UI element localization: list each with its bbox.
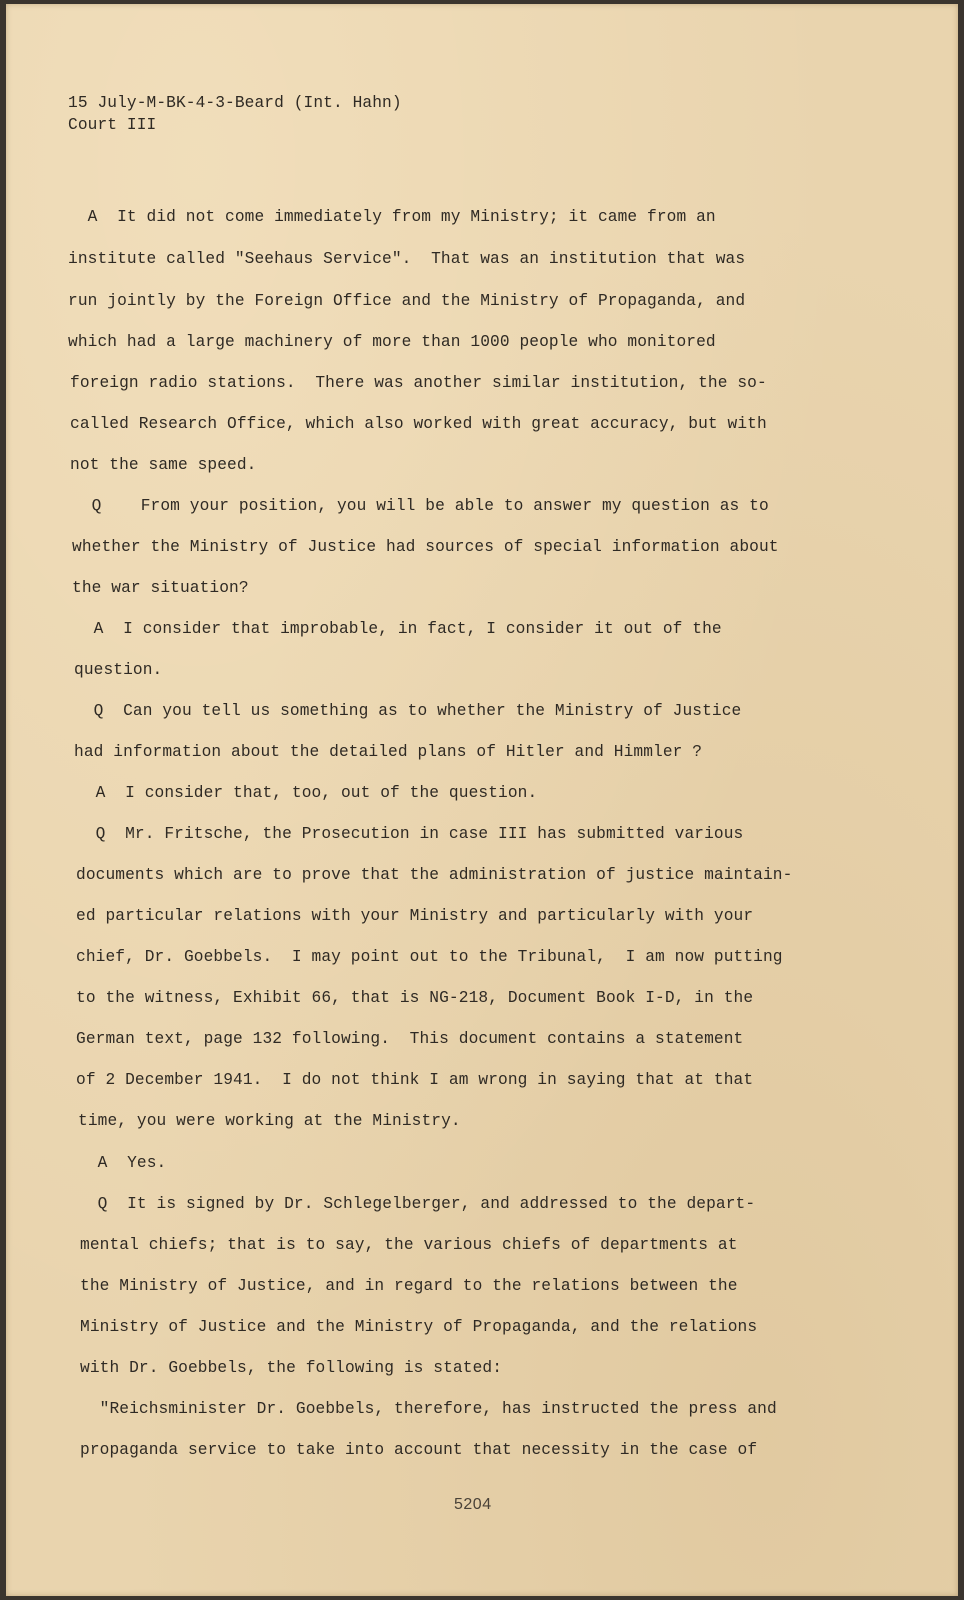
header-court: Court III bbox=[68, 116, 156, 134]
transcript-line: A It did not come immediately from my Mi… bbox=[68, 208, 716, 226]
transcript-line: question. bbox=[74, 661, 162, 679]
transcript-line: to the witness, Exhibit 66, that is NG-2… bbox=[76, 989, 753, 1007]
transcript-line: Ministry of Justice and the Ministry of … bbox=[80, 1318, 757, 1336]
transcript-line: "Reichsminister Dr. Goebbels, therefore,… bbox=[80, 1400, 777, 1418]
transcript-line: the Ministry of Justice, and in regard t… bbox=[80, 1277, 738, 1295]
transcript-line: called Research Office, which also worke… bbox=[70, 415, 767, 433]
transcript-line: A I consider that improbable, in fact, I… bbox=[74, 620, 722, 638]
transcript-line: which had a large machinery of more than… bbox=[68, 333, 716, 351]
transcript-line: Q From your position, you will be able t… bbox=[72, 497, 769, 515]
transcript-line: of 2 December 1941. I do not think I am … bbox=[76, 1071, 753, 1089]
document-page: 15 July-M-BK-4-3-Beard (Int. Hahn) Court… bbox=[6, 4, 958, 1596]
header-reference: 15 July-M-BK-4-3-Beard (Int. Hahn) bbox=[68, 94, 402, 112]
transcript-line: had information about the detailed plans… bbox=[74, 743, 702, 761]
transcript-line: German text, page 132 following. This do… bbox=[76, 1030, 743, 1048]
transcript-line: whether the Ministry of Justice had sour… bbox=[72, 538, 779, 556]
transcript-line: institute called "Seehaus Service". That… bbox=[68, 250, 745, 268]
transcript-line: time, you were working at the Ministry. bbox=[78, 1112, 461, 1130]
transcript-line: A Yes. bbox=[78, 1154, 166, 1172]
transcript-line: Q Can you tell us something as to whethe… bbox=[74, 702, 741, 720]
transcript-line: foreign radio stations. There was anothe… bbox=[70, 374, 767, 392]
transcript-line: mental chiefs; that is to say, the vario… bbox=[80, 1236, 738, 1254]
transcript-line: ed particular relations with your Minist… bbox=[76, 907, 753, 925]
transcript-line: chief, Dr. Goebbels. I may point out to … bbox=[76, 948, 783, 966]
transcript-line: Q It is signed by Dr. Schlegelberger, an… bbox=[78, 1195, 755, 1213]
transcript-line: with Dr. Goebbels, the following is stat… bbox=[80, 1359, 502, 1377]
transcript-line: propaganda service to take into account … bbox=[80, 1441, 757, 1459]
page-number: 5204 bbox=[454, 1496, 492, 1514]
transcript-line: documents which are to prove that the ad… bbox=[76, 866, 792, 884]
transcript-line: Q Mr. Fritsche, the Prosecution in case … bbox=[76, 825, 743, 843]
transcript-line: run jointly by the Foreign Office and th… bbox=[68, 292, 745, 310]
transcript-line: the war situation? bbox=[72, 579, 249, 597]
transcript-line: A I consider that, too, out of the quest… bbox=[76, 784, 537, 802]
transcript-line: not the same speed. bbox=[70, 456, 256, 474]
